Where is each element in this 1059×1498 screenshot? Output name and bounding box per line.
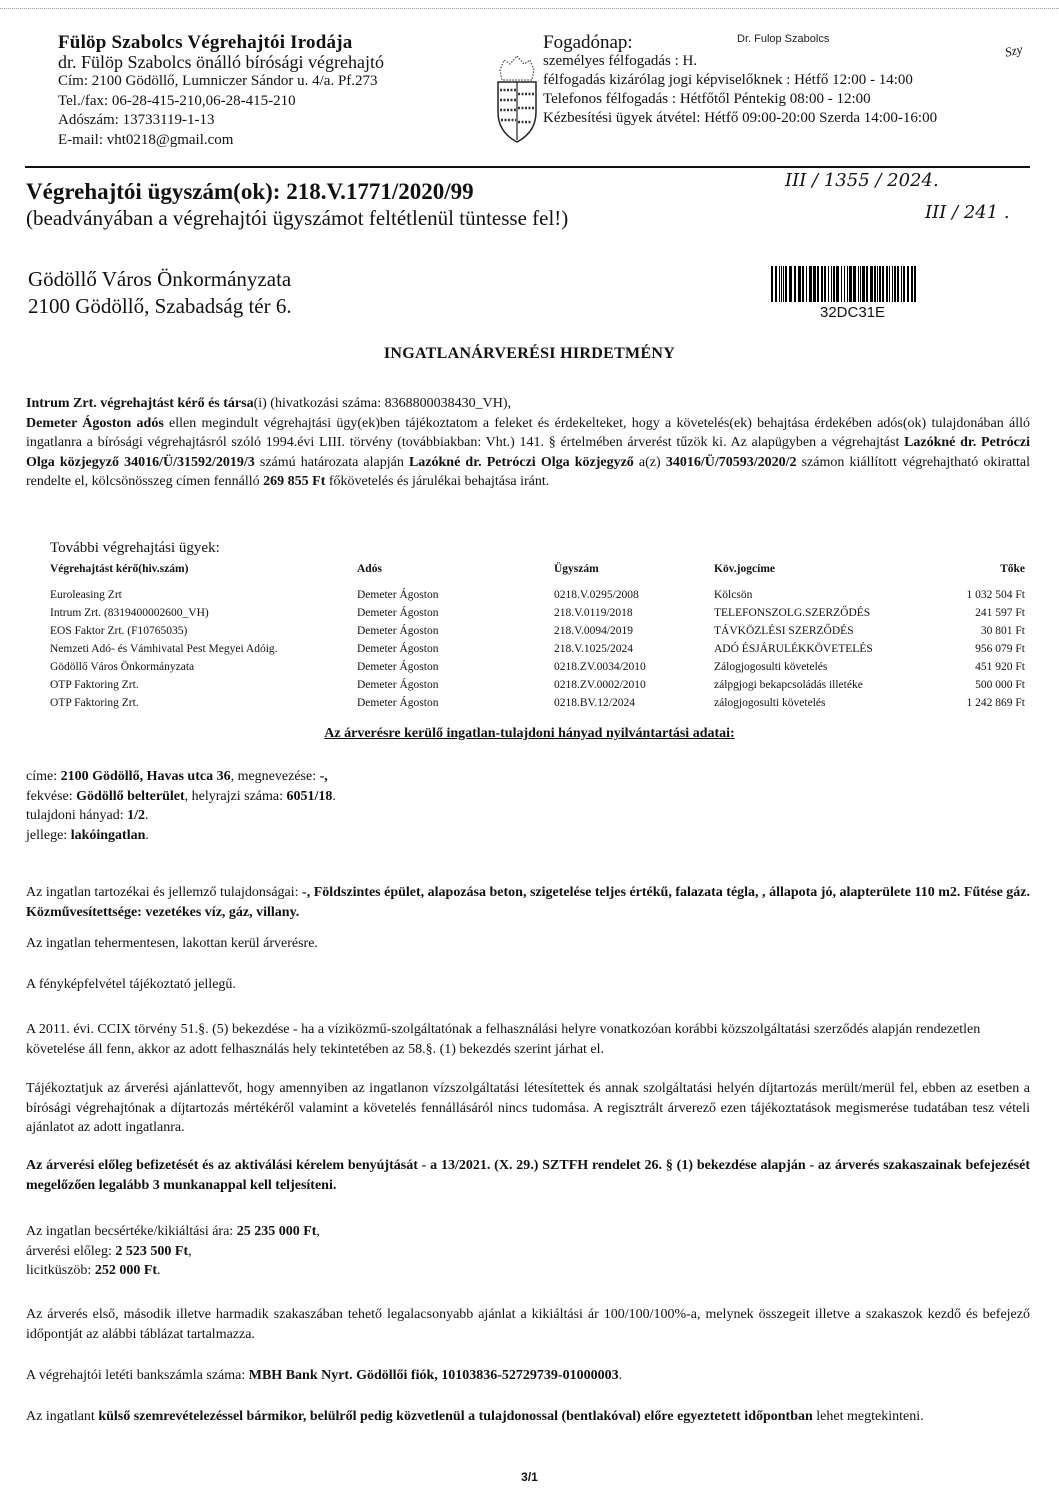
ownership-share: 1/2	[127, 808, 145, 823]
barcode-bar	[783, 266, 785, 302]
barcode-bar	[877, 266, 878, 302]
notary-name: Lazókné dr. Petróczi Olga közjegyző	[409, 455, 634, 470]
office-email: E-mail: vht0218@gmail.com	[58, 131, 478, 151]
barcode-code: 32DC31E	[820, 304, 885, 321]
intro-text: a(z)	[634, 455, 666, 470]
case-number: Végrehajtói ügyszám(ok): 218.V.1771/2020…	[26, 178, 746, 205]
barcode-bar	[853, 266, 856, 302]
barcode-bar	[844, 266, 845, 302]
barcode-bar	[781, 266, 782, 302]
barcode-bar	[779, 266, 780, 302]
reception-hours: Fogadónap: személyes félfogadás : H. fél…	[543, 33, 1013, 128]
enforcement-document-number: 34016/Ü/70593/2020/2	[666, 455, 797, 470]
table-cell: TELEFONSZOLG.SZERZŐDÉS	[714, 607, 870, 619]
barcode-bar	[914, 266, 916, 302]
letterhead-left: Fülöp Szabolcs Végrehajtói Irodája dr. F…	[58, 33, 478, 150]
office-tax-id: Adószám: 13733119-1-13	[58, 111, 478, 131]
table-cell: OTP Faktoring Zrt.	[50, 697, 139, 709]
label: jellege:	[26, 828, 71, 843]
handwritten-number-1: III / 1355 / 2024.	[785, 170, 939, 191]
table-cell: zálogjogosulti követelés	[714, 697, 825, 709]
label: Az ingatlan becsértéke/kikiáltási ára:	[26, 1224, 237, 1239]
auction-stages: Az árverés első, második illetve harmadi…	[26, 1305, 1030, 1344]
barcode-bar	[775, 266, 777, 302]
barcode-bar	[874, 266, 876, 302]
table-cell: 218.V.0119/2018	[554, 607, 633, 619]
water-law-paragraph: A 2011. évi. CCIX törvény 51.§. (5) beke…	[26, 1020, 1030, 1059]
table-cell: Demeter Ágoston	[357, 661, 438, 673]
column-header: Végrehajtást kérő(hiv.szám)	[50, 563, 188, 575]
photo-note: A fényképfelvétel tájékoztató jellegű.	[26, 975, 1030, 995]
column-header: Köv.jogcíme	[714, 563, 775, 575]
table-cell: Intrum Zrt. (8319400002600_VH)	[50, 607, 209, 619]
table-cell: Zálogjogosulti követelés	[714, 661, 827, 673]
reception-line: félfogadás kizárólag jogi képviselőknek …	[543, 71, 1013, 90]
table-cell: 218.V.0094/2019	[554, 625, 633, 637]
barcode-bar	[866, 266, 868, 302]
table-cell: 218.V.1025/2024	[554, 643, 633, 655]
bank-account: MBH Bank Nyrt. Gödöllői fiók, 10103836-5…	[249, 1368, 619, 1383]
barcode-bar	[841, 266, 842, 302]
table-row: Intrum Zrt. (8319400002600_VH)Demeter Ág…	[50, 607, 1025, 625]
barcode-bar	[860, 266, 861, 302]
label: A végrehajtói letéti bankszámla száma:	[26, 1368, 249, 1383]
label: címe:	[26, 769, 61, 784]
property-data: címe: 2100 Gödöllő, Havas utca 36, megne…	[26, 767, 336, 845]
coat-of-arms-icon	[494, 50, 540, 146]
column-header: Ügyszám	[554, 563, 599, 575]
label: Az ingatlan tartozékai és jellemző tulaj…	[26, 885, 302, 900]
barcode-bar	[794, 266, 796, 302]
table-row: EOS Faktor Zrt. (F10765035)Demeter Ágost…	[50, 625, 1025, 643]
intro-text: ellen megindult végrehajtási ügy(ek)ben …	[26, 416, 1030, 451]
handwritten-registry-mark: III / 1355 / 2024. III / 241 .	[785, 168, 1015, 248]
label: licitküszöb:	[26, 1263, 95, 1278]
barcode-bar	[817, 266, 819, 302]
deposit-notice: Az árverési előleg befizetését és az akt…	[26, 1156, 1030, 1195]
property-location-line: fekvése: Gödöllő belterület, helyrajzi s…	[26, 787, 336, 807]
intro-paragraph: Intrum Zrt. végrehajtást kérő és társa(i…	[26, 394, 1030, 492]
table-cell: Demeter Ágoston	[357, 625, 438, 637]
price-block: Az ingatlan becsértéke/kikiáltási ára: 2…	[26, 1222, 1030, 1281]
barcode-bar	[897, 266, 899, 302]
inspection-paragraph: Az ingatlant külső szemrevételezéssel bá…	[26, 1407, 1030, 1427]
barcode-bar	[771, 266, 773, 302]
table-cell: zálpgjogi bekapcsoládás illetéke	[714, 679, 863, 691]
inspection-terms: külső szemrevételezéssel bármikor, belül…	[98, 1409, 812, 1424]
table-cell: ADÓ ÉSJÁRULÉKKÖVETELÉS	[714, 643, 873, 655]
table-cell: 0218.BV.12/2024	[554, 697, 635, 709]
table-header: Végrehajtást kérő(hiv.szám) Adós Ügyszám…	[50, 563, 1025, 589]
water-info-paragraph: Tájékoztatjuk az árverési ajánlattevőt, …	[26, 1079, 1030, 1138]
case-number-block: Végrehajtói ügyszám(ok): 218.V.1771/2020…	[26, 178, 746, 231]
property-name: -,	[320, 769, 328, 784]
property-type-line: jellege: lakóingatlan.	[26, 826, 336, 846]
principal-amount: 269 855 Ft	[263, 474, 325, 489]
table-row: Gödöllő Város ÖnkormányzataDemeter Ágost…	[50, 661, 1025, 679]
intro-text: számú határozata alapján	[255, 455, 409, 470]
barcode-bar	[858, 266, 860, 302]
barcode-bar	[828, 266, 829, 302]
reception-line: Kézbesítési ügyek átvétel: Hétfő 09:00-2…	[543, 109, 1013, 128]
table-cell: 0218.ZV.0034/2010	[554, 661, 646, 673]
barcode-bar	[901, 266, 902, 302]
reception-line: Telefonos félfogadás : Hétfőtől Péntekig…	[543, 90, 1013, 109]
barcode-bar	[911, 266, 913, 302]
table-cell: 1 032 504 Ft	[967, 589, 1025, 601]
barcode-bar	[836, 266, 839, 302]
deposit-line: árverési előleg: 2 523 500 Ft,	[26, 1242, 1030, 1262]
table-cell: 241 597 Ft	[975, 607, 1025, 619]
inspection-text: lehet megtekinteni.	[813, 1409, 924, 1424]
barcode-bar	[889, 266, 890, 302]
parcel-number: 6051/18	[287, 789, 333, 804]
handwritten-number-2: III / 241 .	[925, 202, 1010, 223]
further-cases-heading: További végrehajtási ügyek:	[50, 540, 220, 557]
office-phone: Tel./fax: 06-28-415-210,06-28-415-210	[58, 92, 478, 112]
further-cases-table: Végrehajtást kérő(hiv.szám) Adós Ügyszám…	[50, 563, 1025, 715]
label: árverési előleg:	[26, 1244, 115, 1259]
document-title: INGATLANÁRVERÉSI HIRDETMÉNY	[0, 345, 1059, 363]
table-cell: 0218.V.0295/2008	[554, 589, 639, 601]
table-cell: 500 000 Ft	[975, 679, 1025, 691]
creditor-reference: (i) (hivatkozási száma: 8368800038430_VH…	[254, 396, 511, 411]
creditor-name: Intrum Zrt. végrehajtást kérő és társa	[26, 396, 254, 411]
table-cell: 30 801 Ft	[981, 625, 1025, 637]
office-address: Cím: 2100 Gödöllő, Lumniczer Sándor u. 4…	[58, 72, 478, 92]
starting-price: 25 235 000 Ft	[237, 1224, 317, 1239]
barcode	[771, 266, 917, 302]
table-cell: 0218.ZV.0002/2010	[554, 679, 646, 691]
addressee-name: Gödöllő Város Önkormányzata	[28, 266, 292, 293]
encumbrance-note: Az ingatlan tehermentesen, lakottan kerü…	[26, 934, 1030, 954]
barcode-bar	[882, 266, 884, 302]
deposit-amount: 2 523 500 Ft	[115, 1244, 188, 1259]
table-cell: 1 242 869 Ft	[967, 697, 1025, 709]
office-name: Fülöp Szabolcs Végrehajtói Irodája	[58, 33, 478, 53]
intro-text: főkövetelés és járulékai behajtása iránt…	[325, 474, 549, 489]
label: , helyrajzi száma:	[185, 789, 287, 804]
barcode-bar	[892, 266, 893, 302]
inspection-text: Az ingatlant	[26, 1409, 98, 1424]
property-share-line: tulajdoni hányad: 1/2.	[26, 806, 336, 826]
property-address: 2100 Gödöllő, Havas utca 36	[61, 769, 231, 784]
bid-increment: 252 000 Ft	[95, 1263, 157, 1278]
table-cell: OTP Faktoring Zrt.	[50, 679, 139, 691]
bank-account-line: A végrehajtói letéti bankszámla száma: M…	[26, 1366, 1030, 1386]
table-cell: Euroleasing Zrt	[50, 589, 122, 601]
officer-name: dr. Fülöp Szabolcs önálló bírósági végre…	[58, 53, 478, 73]
addressee-address: 2100 Gödöllő, Szabadság tér 6.	[28, 293, 292, 320]
table-cell: Demeter Ágoston	[357, 607, 438, 619]
table-cell: Demeter Ágoston	[357, 643, 438, 655]
barcode-bar	[886, 266, 888, 302]
property-address-line: címe: 2100 Gödöllő, Havas utca 36, megne…	[26, 767, 336, 787]
label: fekvése:	[26, 789, 76, 804]
addressee: Gödöllő Város Önkormányzata 2100 Gödöllő…	[28, 266, 292, 320]
label: tulajdoni hányad:	[26, 808, 127, 823]
barcode-bar	[831, 266, 832, 302]
table-cell: 956 079 Ft	[975, 643, 1025, 655]
property-location: Gödöllő belterület	[76, 789, 185, 804]
creditor-line: Intrum Zrt. végrehajtást kérő és társa(i…	[26, 394, 1030, 414]
property-type: lakóingatlan	[71, 828, 146, 843]
increment-line: licitküszöb: 252 000 Ft.	[26, 1261, 1030, 1281]
debtor-paragraph: Demeter Ágoston adós ellen megindult vég…	[26, 414, 1030, 492]
barcode-bar	[847, 266, 848, 302]
table-cell: 451 920 Ft	[975, 661, 1025, 673]
barcode-bar	[879, 266, 882, 302]
barcode-bar	[813, 266, 816, 302]
table-cell: Demeter Ágoston	[357, 679, 438, 691]
page-number: 3/1	[0, 1470, 1059, 1484]
scan-header-dots	[0, 8, 1059, 9]
column-header: Tőke	[1000, 563, 1025, 575]
signature-name: Dr. Fulop Szabolcs	[737, 33, 829, 45]
table-cell: EOS Faktor Zrt. (F10765035)	[50, 625, 187, 637]
barcode-bar	[821, 266, 823, 302]
column-header: Adós	[357, 563, 382, 575]
table-row: Nemzeti Adó- és Vámhivatal Pest Megyei A…	[50, 643, 1025, 661]
barcode-bar	[798, 266, 801, 302]
table-cell: Nemzeti Adó- és Vámhivatal Pest Megyei A…	[50, 643, 278, 655]
barcode-bar	[785, 266, 787, 302]
table-row: OTP Faktoring Zrt.Demeter Ágoston0218.BV…	[50, 697, 1025, 715]
table-cell: Demeter Ágoston	[357, 697, 438, 709]
property-features: Az ingatlan tartozékai és jellemző tulaj…	[26, 883, 1030, 922]
barcode-bar	[806, 266, 808, 302]
barcode-bar	[862, 266, 865, 302]
reception-line: személyes félfogadás : H.	[543, 52, 1013, 71]
table-cell: Demeter Ágoston	[357, 589, 438, 601]
barcode-bar	[903, 266, 906, 302]
barcode-bar	[894, 266, 896, 302]
label: , megnevezése:	[231, 769, 320, 784]
barcode-bar	[849, 266, 852, 302]
table-cell: Gödöllő Város Önkormányzata	[50, 661, 194, 673]
table-cell: Kölcsön	[714, 589, 752, 601]
table-row: OTP Faktoring Zrt.Demeter Ágoston0218.ZV…	[50, 679, 1025, 697]
signature-mark: Szy	[1004, 41, 1024, 60]
table-cell: TÁVKÖZLÉSI SZERZŐDÉS	[714, 625, 854, 637]
barcode-bar	[802, 266, 804, 302]
barcode-bar	[824, 266, 826, 302]
case-note: (beadványában a végrehajtói ügyszámot fe…	[26, 205, 746, 231]
barcode-bar	[907, 266, 909, 302]
table-row: Euroleasing ZrtDemeter Ágoston0218.V.029…	[50, 589, 1025, 607]
barcode-bar	[870, 266, 873, 302]
price-line: Az ingatlan becsértéke/kikiáltási ára: 2…	[26, 1222, 1030, 1242]
barcode-bar	[789, 266, 792, 302]
property-heading: Az árverésre kerülő ingatlan-tulajdoni h…	[0, 726, 1059, 742]
debtor-name: Demeter Ágoston adós	[26, 416, 164, 431]
barcode-bar	[833, 266, 836, 302]
barcode-bar	[809, 266, 812, 302]
